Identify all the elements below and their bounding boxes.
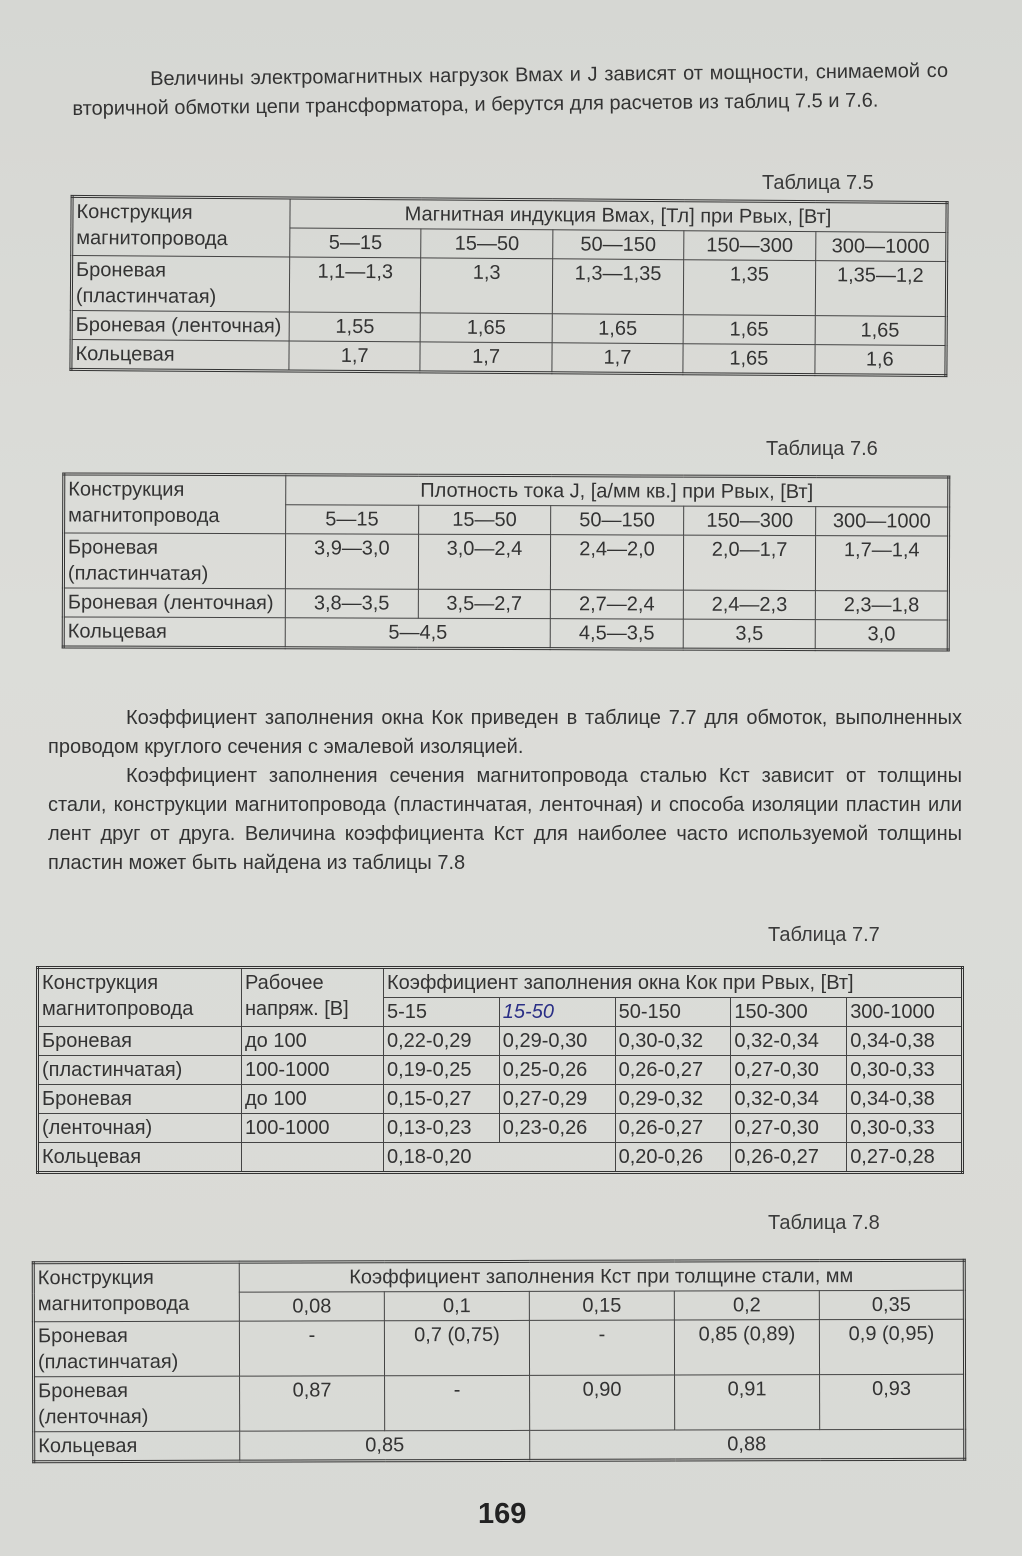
cell-value: 0,7 (0,75) (384, 1320, 529, 1375)
range-header: 5—15 (290, 228, 422, 258)
table-7-7: Конструкция магнитопроводаРабочее напряж… (36, 966, 964, 1174)
table-row: Кольцевая0,18-0,200,20-0,260,26-0,270,27… (38, 1143, 963, 1173)
range-header: 300—1000 (816, 507, 949, 536)
cell-value: 0,32-0,34 (731, 1085, 847, 1114)
cell-value: 1,1—1,3 (289, 257, 421, 313)
cell-value: 1,7—1,4 (816, 536, 949, 591)
cell-value: 1,7 (289, 341, 421, 372)
cell-value: 0,23-0,26 (499, 1114, 615, 1143)
cell-value: 0,93 (820, 1374, 965, 1429)
table-row: Броневая (пластинчатая)-0,7 (0,75)-0,85 … (33, 1319, 964, 1376)
cell-value: 0,20-0,26 (615, 1143, 731, 1173)
range-header: 0,15 (529, 1291, 674, 1320)
header-voltage: Рабочее напряж. [В] (242, 968, 384, 1027)
group-header: Магнитная индукция Вмах, [Тл] при Рвых, … (290, 198, 947, 233)
cell-value: 3,5 (683, 619, 816, 649)
cell-value: - (385, 1375, 530, 1430)
cell-value: 0,34-0,38 (847, 1027, 963, 1056)
cell-value: 5—4,5 (285, 618, 550, 649)
row-label: Броневая (38, 1085, 242, 1114)
range-header: 0,2 (674, 1291, 819, 1320)
mid-paragraph-1: Коэффициент заполнения окна Кок приведен… (48, 704, 962, 762)
cell-value: 4,5—3,5 (550, 619, 683, 649)
cell-value: 0,29-0,32 (615, 1085, 731, 1114)
cell-value: 1,65 (683, 344, 815, 375)
page-number: 169 (478, 1498, 526, 1531)
cell-value: 0,91 (675, 1375, 820, 1430)
voltage-value: 100-1000 (242, 1056, 384, 1085)
cell-value: 0,22-0,29 (384, 1027, 500, 1056)
cell-value: 2,0—1,7 (683, 535, 816, 590)
table-7-5: Конструкция магнитопроводаМагнитная инду… (69, 195, 948, 377)
header-construction: Конструкция магнитопровода (33, 1262, 239, 1322)
cell-value: 1,35—1,2 (815, 261, 947, 317)
cell-value: 2,4—2,0 (551, 535, 684, 590)
table-7-5-caption: Таблица 7.5 (762, 172, 874, 195)
cell-value: 0,13-0,23 (384, 1114, 500, 1143)
row-label: Кольцевая (34, 1431, 240, 1462)
cell-value: 0,90 (530, 1375, 675, 1430)
cell-value: 1,7 (552, 343, 684, 374)
group-header: Плотность тока J, [а/мм кв.] при Рвых, [… (286, 475, 949, 507)
row-label: Броневая (ленточная) (71, 310, 289, 341)
table-row: Кольцевая0,850,88 (34, 1429, 965, 1461)
range-header: 15-50 (499, 998, 615, 1027)
cell-value: 0,19-0,25 (384, 1056, 500, 1085)
cell-value: 0,27-0,30 (731, 1114, 847, 1143)
range-header: 300—1000 (815, 232, 947, 262)
table-row: Кольцевая1,71,71,71,651,6 (71, 339, 946, 375)
header-construction: Конструкция магнитопровода (72, 196, 290, 257)
table-7-6-caption: Таблица 7.6 (766, 438, 878, 461)
table-7-8: Конструкция магнитопроводаКоэффициент за… (32, 1259, 967, 1463)
cell-value: 0,26-0,27 (615, 1056, 731, 1085)
cell-value: 2,7—2,4 (550, 590, 683, 619)
cell-value: 0,32-0,34 (731, 1027, 847, 1056)
range-header: 15—50 (421, 229, 553, 259)
cell-value: 0,87 (240, 1376, 385, 1431)
row-label: Броневая (38, 1027, 242, 1056)
book-page: Величины электромагнитных нагрузок Вмах … (0, 0, 1022, 1556)
cell-value: - (529, 1320, 674, 1375)
row-label: Броневая (ленточная) (63, 588, 285, 618)
row-label: Броневая (пластинчатая) (71, 255, 289, 312)
cell-value: 1,3—1,35 (552, 259, 684, 315)
table-row: Кольцевая5—4,54,5—3,53,53,0 (63, 617, 948, 650)
table-row: Броневаядо 1000,22-0,290,29-0,300,30-0,3… (38, 1027, 963, 1056)
cell-value: 3,9—3,0 (285, 534, 418, 589)
cell-value: 0,15-0,27 (384, 1085, 500, 1114)
table-row: Броневая (пластинчатая)3,9—3,03,0—2,42,4… (63, 533, 948, 591)
table-row: Броневая (ленточная)0,87-0,900,910,93 (34, 1374, 965, 1431)
range-header: 150-300 (731, 998, 847, 1027)
row-label: Броневая (пластинчатая) (63, 533, 285, 589)
cell-value: 1,6 (814, 345, 946, 376)
cell-value: - (239, 1321, 384, 1376)
table-7-8-caption: Таблица 7.8 (768, 1212, 880, 1235)
header-construction: Конструкция магнитопровода (38, 968, 242, 1027)
voltage-value (242, 1143, 384, 1173)
row-label: Броневая (пластинчатая) (33, 1321, 239, 1377)
range-header: 150—300 (683, 506, 816, 535)
table-row: (пластинчатая)100-10000,19-0,250,25-0,26… (38, 1056, 963, 1085)
cell-value: 0,30-0,32 (615, 1027, 731, 1056)
range-header: 0,35 (819, 1290, 964, 1319)
cell-value: 0,88 (530, 1429, 965, 1460)
cell-value: 0,85 (0,89) (674, 1320, 819, 1375)
intro-text: Величины электромагнитных нагрузок Вмах … (72, 57, 949, 124)
cell-value: 0,9 (0,95) (819, 1319, 964, 1374)
cell-value: 0,34-0,38 (847, 1085, 963, 1114)
mid-paragraph-2: Коэффициент заполнения сечения магнитопр… (48, 762, 962, 878)
range-header: 50—150 (551, 506, 684, 535)
range-header: 150—300 (684, 231, 816, 261)
range-header: 0,1 (384, 1291, 529, 1320)
intro-paragraph: Величины электромагнитных нагрузок Вмах … (72, 57, 949, 124)
range-header: 5—15 (286, 505, 419, 534)
cell-value: 3,8—3,5 (285, 589, 418, 618)
range-header: 5-15 (384, 998, 500, 1027)
cell-value: 1,7 (420, 342, 552, 373)
row-label: Кольцевая (63, 617, 285, 648)
voltage-value: до 100 (242, 1085, 384, 1114)
cell-value: 0,26-0,27 (615, 1114, 731, 1143)
group-header: Коэффициент заполнения Кст при толщине с… (239, 1260, 964, 1292)
voltage-value: до 100 (242, 1027, 384, 1056)
cell-value: 2,3—1,8 (816, 591, 949, 620)
cell-value: 0,18-0,20 (384, 1143, 616, 1173)
cell-value: 1,35 (683, 260, 815, 316)
table-7-6: Конструкция магнитопроводаПлотность тока… (62, 472, 951, 651)
range-header: 50-150 (615, 998, 731, 1027)
cell-value: 1,65 (552, 314, 684, 344)
group-header: Коэффициент заполнения окна Кок при Рвых… (384, 968, 963, 998)
cell-value: 0,27-0,29 (499, 1085, 615, 1114)
table-row: (ленточная)100-10000,13-0,230,23-0,260,2… (38, 1114, 963, 1143)
cell-value: 1,3 (421, 258, 553, 314)
row-label: Броневая (ленточная) (34, 1376, 240, 1432)
cell-value: 0,27-0,30 (731, 1056, 847, 1085)
cell-value: 1,65 (683, 315, 815, 345)
cell-value: 3,5—2,7 (418, 589, 551, 618)
cell-value: 1,65 (420, 313, 552, 343)
row-label: (ленточная) (38, 1114, 242, 1143)
table-row: Броневаядо 1000,15-0,270,27-0,290,29-0,3… (38, 1085, 963, 1114)
cell-value: 2,4—2,3 (683, 590, 816, 619)
cell-value: 0,30-0,33 (847, 1056, 963, 1085)
range-header: 50—150 (552, 230, 684, 260)
cell-value: 0,29-0,30 (499, 1027, 615, 1056)
cell-value: 1,65 (815, 316, 947, 346)
cell-value: 0,85 (240, 1430, 530, 1461)
row-label: Кольцевая (71, 339, 289, 371)
table-row: Броневая (пластинчатая)1,1—1,31,31,3—1,3… (71, 255, 946, 316)
header-construction: Конструкция магнитопровода (64, 474, 286, 534)
range-header: 300-1000 (847, 998, 963, 1027)
voltage-value: 100-1000 (242, 1114, 384, 1143)
row-label: Кольцевая (38, 1143, 242, 1173)
row-label: (пластинчатая) (38, 1056, 242, 1085)
cell-value: 3,0 (816, 620, 949, 650)
cell-value: 3,0—2,4 (418, 534, 551, 589)
table-7-7-caption: Таблица 7.7 (768, 924, 880, 947)
cell-value: 1,55 (289, 312, 421, 342)
cell-value: 0,26-0,27 (731, 1143, 847, 1173)
range-header: 0,08 (239, 1292, 384, 1321)
cell-value: 0,27-0,28 (847, 1143, 963, 1173)
cell-value: 0,25-0,26 (499, 1056, 615, 1085)
table-row: Броневая (ленточная)3,8—3,53,5—2,72,7—2,… (63, 588, 948, 620)
mid-paragraphs: Коэффициент заполнения окна Кок приведен… (48, 704, 962, 878)
range-header: 15—50 (418, 505, 551, 534)
cell-value: 0,30-0,33 (847, 1114, 963, 1143)
